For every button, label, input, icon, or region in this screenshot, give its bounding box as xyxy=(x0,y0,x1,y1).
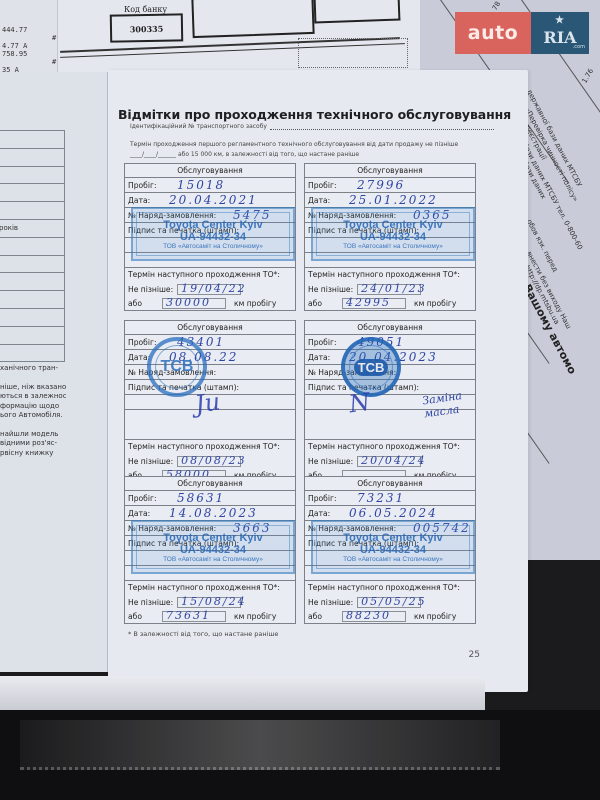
dealer-stamp: Toyota Center Kyiv UA-94432-34 ТОВ «Авто… xyxy=(311,520,475,574)
service-record-card: Обслуговування Пробіг: 27996 Дата: 25.01… xyxy=(304,163,476,311)
not-later-row: Не пізніше: 20/04/24 xyxy=(305,454,475,468)
mileage-label: Пробіг: xyxy=(128,338,157,347)
left-table-row xyxy=(0,131,64,149)
left-table-row xyxy=(0,238,64,256)
not-later-row: Не пізніше: 08/08/23 xyxy=(125,454,295,468)
left-text-line: відними роз'яс- xyxy=(0,439,66,449)
next-date-field: 08/08/23 xyxy=(177,456,241,467)
stamp-company: ТОВ «Автосаміт на Столичному» xyxy=(343,243,443,250)
bank-code-label: Код банку xyxy=(124,5,167,14)
signature: N xyxy=(347,388,372,419)
first-service-text: Термін проходження першого регламентного… xyxy=(130,140,475,150)
receipt-line: # xyxy=(52,58,56,66)
doc-number: 1.76 xyxy=(580,67,595,85)
left-table-row xyxy=(0,149,64,167)
dealer-stamp: Toyota Center Kyiv UA-94432-34 ТОВ «Авто… xyxy=(131,520,295,574)
next-km-value: 73631 xyxy=(166,610,211,621)
background-bank-form: 444.77 # 4.77 A 758.95 # 35 A Код банку … xyxy=(0,0,440,75)
left-text-line: ханічного тран- xyxy=(0,364,66,374)
left-text-line: рвісну книжку xyxy=(0,449,66,459)
stamp-dealer-code: UA-94432-34 xyxy=(180,231,246,243)
receipt-line: 4.77 A xyxy=(2,42,27,50)
mileage-row: Пробіг: 43401 xyxy=(125,335,295,350)
card-header: Обслуговування xyxy=(125,321,295,335)
left-text-line: ього Автомобіля. xyxy=(0,411,66,421)
bank-code-box: 300335 xyxy=(110,13,183,42)
left-text-line: ються в залежності xyxy=(0,392,66,402)
next-service-label: Термін наступного проходження ТО*: xyxy=(305,268,475,282)
left-page-text: ханічного тран-ніше, ніж вказаноються в … xyxy=(0,364,66,467)
next-km-value: 30000 xyxy=(166,297,211,308)
service-book-page: Відмітки про проходження технічного обсл… xyxy=(108,70,528,692)
km-label: км пробігу xyxy=(234,612,276,621)
next-date-value: 20/04/24 xyxy=(361,455,426,466)
vin-row: Ідентифікаційний № транспортного засобу xyxy=(130,123,494,130)
next-km-value: 88230 xyxy=(346,610,391,621)
or-label: або xyxy=(308,612,322,621)
signature: Ju xyxy=(193,387,222,418)
stamp-text: TCB xyxy=(161,358,194,376)
next-date-field: 20/04/24 xyxy=(357,456,421,467)
next-km-row: або 30000 км пробігу xyxy=(125,296,295,310)
next-service-label: Термін наступного проходження ТО*: xyxy=(125,268,295,282)
watermark-auto: auto xyxy=(455,12,531,54)
next-date-field: 15/08/24 xyxy=(177,597,241,608)
mileage-label: Пробіг: xyxy=(128,181,157,190)
first-service-text-2: ____/____/______ або 15 000 км, в залежн… xyxy=(130,150,475,160)
service-record-card: Обслуговування Пробіг: 15018 Дата: 20.04… xyxy=(124,163,296,311)
next-km-field: 73631 xyxy=(162,611,226,622)
left-table-row xyxy=(0,167,64,185)
date-label: Дата: xyxy=(308,509,330,518)
next-service-label: Термін наступного проходження ТО*: xyxy=(305,440,475,454)
not-later-row: Не пізніше: 24/01/23 xyxy=(305,282,475,296)
card-header: Обслуговування xyxy=(305,164,475,178)
or-label: або xyxy=(128,612,142,621)
next-date-value: 08/08/23 xyxy=(181,455,246,466)
not-later-row: Не пізніше: 19/04/22 xyxy=(125,282,295,296)
not-later-label: Не пізніше: xyxy=(308,285,353,294)
service-record-card: Обслуговування Пробіг: 73231 Дата: 06.05… xyxy=(304,476,476,624)
stamp-dealer-name: Toyota Center Kyiv xyxy=(343,219,442,231)
booklet-left-page: років ханічного тран-ніше, ніж вказаноют… xyxy=(0,72,108,672)
left-text-line: найшли модель xyxy=(0,430,66,440)
date-row: Дата: 06.05.2024 xyxy=(305,506,475,521)
or-label: або xyxy=(308,299,322,308)
mileage-label: Пробіг: xyxy=(308,181,337,190)
left-text-line: ніше, ніж вказано xyxy=(0,383,66,393)
next-date-field: 19/04/22 xyxy=(177,284,241,295)
left-paragraph: ніше, ніж вказаноються в залежностіформа… xyxy=(0,383,66,421)
left-table-row xyxy=(0,345,64,363)
vin-field xyxy=(270,124,494,130)
dealer-stamp: Toyota Center Kyiv UA-94432-34 ТОВ «Авто… xyxy=(311,207,475,261)
background-receipt: 444.77 # 4.77 A 758.95 # 35 A xyxy=(0,0,58,75)
mileage-value: 73231 xyxy=(357,492,405,504)
or-label: або xyxy=(128,299,142,308)
doc-number: 78 xyxy=(491,0,502,12)
receipt-line: 444.77 xyxy=(2,26,27,34)
next-date-field: 24/01/23 xyxy=(357,284,421,295)
mileage-label: Пробіг: xyxy=(128,494,157,503)
watermark-ria: ★ RIA .com xyxy=(531,12,589,54)
mileage-label: Пробіг: xyxy=(308,338,337,347)
watermark-ria-text: RIA xyxy=(543,30,576,46)
not-later-label: Не пізніше: xyxy=(308,598,353,607)
not-later-label: Не пізніше: xyxy=(128,598,173,607)
mileage-row: Пробіг: 58631 xyxy=(125,491,295,506)
left-table-row xyxy=(0,256,64,274)
page-number: 25 xyxy=(469,650,480,660)
form-dotted-box xyxy=(298,38,408,68)
km-label: км пробігу xyxy=(414,299,456,308)
next-date-value: 15/08/24 xyxy=(181,596,246,607)
next-service-label: Термін наступного проходження ТО*: xyxy=(305,581,475,595)
stamp-dealer-code: UA-94432-34 xyxy=(360,544,426,556)
left-table-row xyxy=(0,184,64,202)
mileage-row: Пробіг: 27996 xyxy=(305,178,475,193)
stamp-text: TCB xyxy=(354,359,389,376)
receipt-line: # xyxy=(52,34,56,42)
next-date-value: 05/05/25 xyxy=(361,596,426,607)
vin-label: Ідентифікаційний № транспортного засобу xyxy=(130,123,267,130)
km-label: км пробігу xyxy=(414,612,456,621)
card-header: Обслуговування xyxy=(125,477,295,491)
mileage-row: Пробіг: 73231 xyxy=(305,491,475,506)
next-date-field: 05/05/25 xyxy=(357,597,421,608)
left-table-row xyxy=(0,273,64,291)
service-record-card: Обслуговування Пробіг: 43401 Дата: 08.08… xyxy=(124,320,296,483)
footnote: * В залежності від того, що настане рані… xyxy=(128,630,278,638)
form-box xyxy=(191,0,314,38)
mileage-label: Пробіг: xyxy=(308,494,337,503)
not-later-label: Не пізніше: xyxy=(128,457,173,466)
date-row: Дата: 20.04.2021 xyxy=(125,193,295,208)
next-km-field: 30000 xyxy=(162,298,226,309)
next-service-label: Термін наступного проходження ТО*: xyxy=(125,581,295,595)
left-table-row: років xyxy=(0,220,64,238)
stamp-dealer-name: Toyota Center Kyiv xyxy=(163,532,262,544)
next-km-row: або 88230 км пробігу xyxy=(305,609,475,623)
date-row: Дата: 14.08.2023 xyxy=(125,506,295,521)
service-record-card: Обслуговування Пробіг: 49051 Дата: 20.04… xyxy=(304,320,476,483)
next-date-value: 19/04/22 xyxy=(181,283,246,294)
mileage-value: 15018 xyxy=(177,179,225,191)
stamp-dealer-name: Toyota Center Kyiv xyxy=(163,219,262,231)
mileage-value: 27996 xyxy=(357,179,405,191)
next-date-value: 24/01/23 xyxy=(361,283,426,294)
stamp-company: ТОВ «Автосаміт на Столичному» xyxy=(343,556,443,563)
stamp-dealer-name: Toyota Center Kyiv xyxy=(343,532,442,544)
date-row: Дата: 25.01.2022 xyxy=(305,193,475,208)
date-value: 14.08.2023 xyxy=(169,507,258,519)
date-label: Дата: xyxy=(128,196,150,205)
next-km-field: 88230 xyxy=(342,611,406,622)
date-label: Дата: xyxy=(308,353,330,362)
page-title: Відмітки про проходження технічного обсл… xyxy=(118,107,511,122)
next-km-field: 42995 xyxy=(342,298,406,309)
not-later-label: Не пізніше: xyxy=(308,457,353,466)
date-value: 06.05.2024 xyxy=(349,507,438,519)
round-stamp: TCB xyxy=(341,337,401,397)
stamp-dealer-code: UA-94432-34 xyxy=(180,544,246,556)
plastic-sleeve xyxy=(20,720,500,770)
left-table-row xyxy=(0,327,64,345)
left-table-row xyxy=(0,202,64,220)
booklet-bottom-edge xyxy=(0,676,485,710)
watermark-suffix: .com xyxy=(573,45,585,50)
date-value: 20.04.2021 xyxy=(169,194,258,206)
next-km-value: 42995 xyxy=(346,297,391,308)
mileage-value: 58631 xyxy=(177,492,225,504)
left-text-line: формацію щодо xyxy=(0,402,66,412)
next-km-row: або 42995 км пробігу xyxy=(305,296,475,310)
next-service-label: Термін наступного проходження ТО*: xyxy=(125,440,295,454)
left-page-table: років xyxy=(0,130,65,362)
autoria-watermark: auto ★ RIA .com xyxy=(455,12,589,54)
date-label: Дата: xyxy=(128,509,150,518)
left-table-row xyxy=(0,291,64,309)
mileage-row: Пробіг: 15018 xyxy=(125,178,295,193)
not-later-label: Не пізніше: xyxy=(128,285,173,294)
dealer-stamp: Toyota Center Kyiv UA-94432-34 ТОВ «Авто… xyxy=(131,207,295,261)
receipt-line: 758.95 xyxy=(2,50,27,58)
first-service-note: Термін проходження першого регламентного… xyxy=(130,140,475,160)
card-header: Обслуговування xyxy=(305,321,475,335)
stamp-company: ТОВ «Автосаміт на Столичному» xyxy=(163,243,263,250)
date-label: Дата: xyxy=(308,196,330,205)
km-label: км пробігу xyxy=(234,299,276,308)
form-box xyxy=(314,0,401,23)
left-paragraph: найшли модельвідними роз'яс-рвісну книжк… xyxy=(0,430,66,459)
next-km-row: або 73631 км пробігу xyxy=(125,609,295,623)
card-header: Обслуговування xyxy=(125,164,295,178)
left-paragraph: ханічного тран- xyxy=(0,364,66,374)
stamp-dealer-code: UA-94432-34 xyxy=(360,231,426,243)
date-value: 25.01.2022 xyxy=(349,194,438,206)
left-table-row xyxy=(0,309,64,327)
round-stamp: TCB xyxy=(147,337,207,397)
service-record-card: Обслуговування Пробіг: 58631 Дата: 14.08… xyxy=(124,476,296,624)
stamp-company: ТОВ «Автосаміт на Столичному» xyxy=(163,556,263,563)
not-later-row: Не пізніше: 05/05/25 xyxy=(305,595,475,609)
star-icon: ★ xyxy=(555,16,564,26)
bank-code-value: 300335 xyxy=(112,23,181,34)
card-header: Обслуговування xyxy=(305,477,475,491)
not-later-row: Не пізніше: 15/08/24 xyxy=(125,595,295,609)
